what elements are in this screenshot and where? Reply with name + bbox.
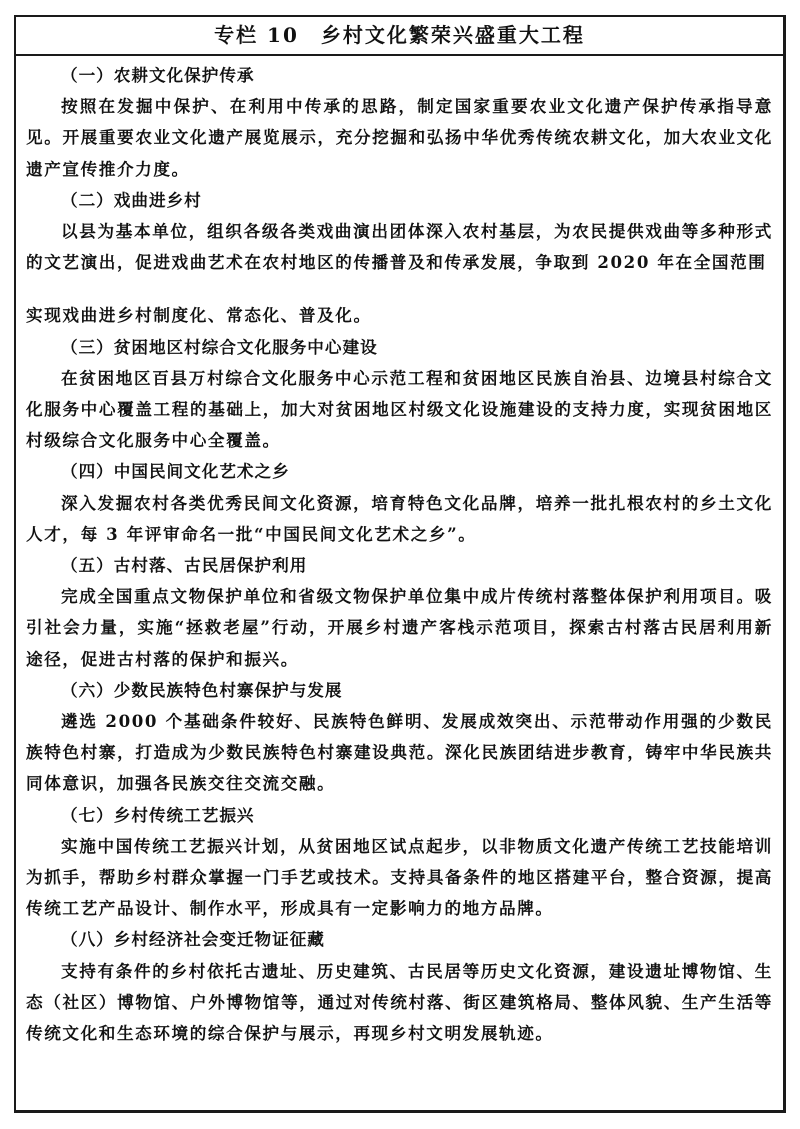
section-heading: （三）贫困地区村综合文化服务中心建设 (26, 332, 773, 363)
section-body: 遴选 2000 个基础条件较好、民族特色鲜明、发展成效突出、示范带动作用强的少数… (26, 706, 773, 800)
section-body: 完成全国重点文物保护单位和省级文物保护单位集中成片传统村落整体保护利用项目。吸引… (26, 581, 773, 675)
section-body: 深入发掘农村各类优秀民间文化资源，培育特色文化品牌，培养一批扎根农村的乡土文化人… (26, 488, 773, 550)
box-content: （一）农耕文化保护传承 按照在发掘中保护、在利用中传承的思路，制定国家重要农业文… (16, 56, 783, 1049)
section-4: （四）中国民间文化艺术之乡 深入发掘农村各类优秀民间文化资源，培育特色文化品牌，… (26, 456, 773, 550)
box-title: 专栏 10乡村文化繁荣兴盛重大工程 (16, 17, 783, 56)
section-8: （八）乡村经济社会变迁物证征藏 支持有条件的乡村依托古遗址、历史建筑、古民居等历… (26, 924, 773, 1049)
section-2: （二）戏曲进乡村 以县为基本单位，组织各级各类戏曲演出团体深入农村基层，为农民提… (26, 185, 773, 332)
section-body: 实施中国传统工艺振兴计划，从贫困地区试点起步，以非物质文化遗产传统工艺技能培训为… (26, 831, 773, 925)
section-7: （七）乡村传统工艺振兴 实施中国传统工艺振兴计划，从贫困地区试点起步，以非物质文… (26, 800, 773, 925)
section-heading: （四）中国民间文化艺术之乡 (26, 456, 773, 487)
section-body: 按照在发掘中保护、在利用中传承的思路，制定国家重要农业文化遗产保护传承指导意见。… (26, 91, 773, 185)
section-body-part1: 以县为基本单位，组织各级各类戏曲演出团体深入农村基层，为农民提供戏曲等多种形式的… (26, 221, 773, 272)
box-title-number: 专栏 10 (214, 23, 299, 47)
section-heading: （五）古村落、古民居保护利用 (26, 550, 773, 581)
section-body: 在贫困地区百县万村综合文化服务中心示范工程和贫困地区民族自治县、边境县村综合文化… (26, 363, 773, 457)
blank-gap (26, 278, 773, 300)
section-heading: （二）戏曲进乡村 (26, 185, 773, 216)
section-heading: （一）农耕文化保护传承 (26, 60, 773, 91)
section-body: 支持有条件的乡村依托古遗址、历史建筑、古民居等历史文化资源，建设遗址博物馆、生态… (26, 956, 773, 1050)
section-heading: （七）乡村传统工艺振兴 (26, 800, 773, 831)
section-5: （五）古村落、古民居保护利用 完成全国重点文物保护单位和省级文物保护单位集中成片… (26, 550, 773, 675)
feature-box: 专栏 10乡村文化繁荣兴盛重大工程 （一）农耕文化保护传承 按照在发掘中保护、在… (14, 15, 786, 1113)
section-heading: （八）乡村经济社会变迁物证征藏 (26, 924, 773, 955)
section-body: 以县为基本单位，组织各级各类戏曲演出团体深入农村基层，为农民提供戏曲等多种形式的… (26, 216, 773, 332)
section-heading: （六）少数民族特色村寨保护与发展 (26, 675, 773, 706)
section-6: （六）少数民族特色村寨保护与发展 遴选 2000 个基础条件较好、民族特色鲜明、… (26, 675, 773, 800)
section-3: （三）贫困地区村综合文化服务中心建设 在贫困地区百县万村综合文化服务中心示范工程… (26, 332, 773, 457)
box-title-text: 乡村文化繁荣兴盛重大工程 (321, 23, 585, 47)
section-body-part2: 实现戏曲进乡村制度化、常态化、普及化。 (26, 305, 372, 325)
section-1: （一）农耕文化保护传承 按照在发掘中保护、在利用中传承的思路，制定国家重要农业文… (26, 60, 773, 185)
